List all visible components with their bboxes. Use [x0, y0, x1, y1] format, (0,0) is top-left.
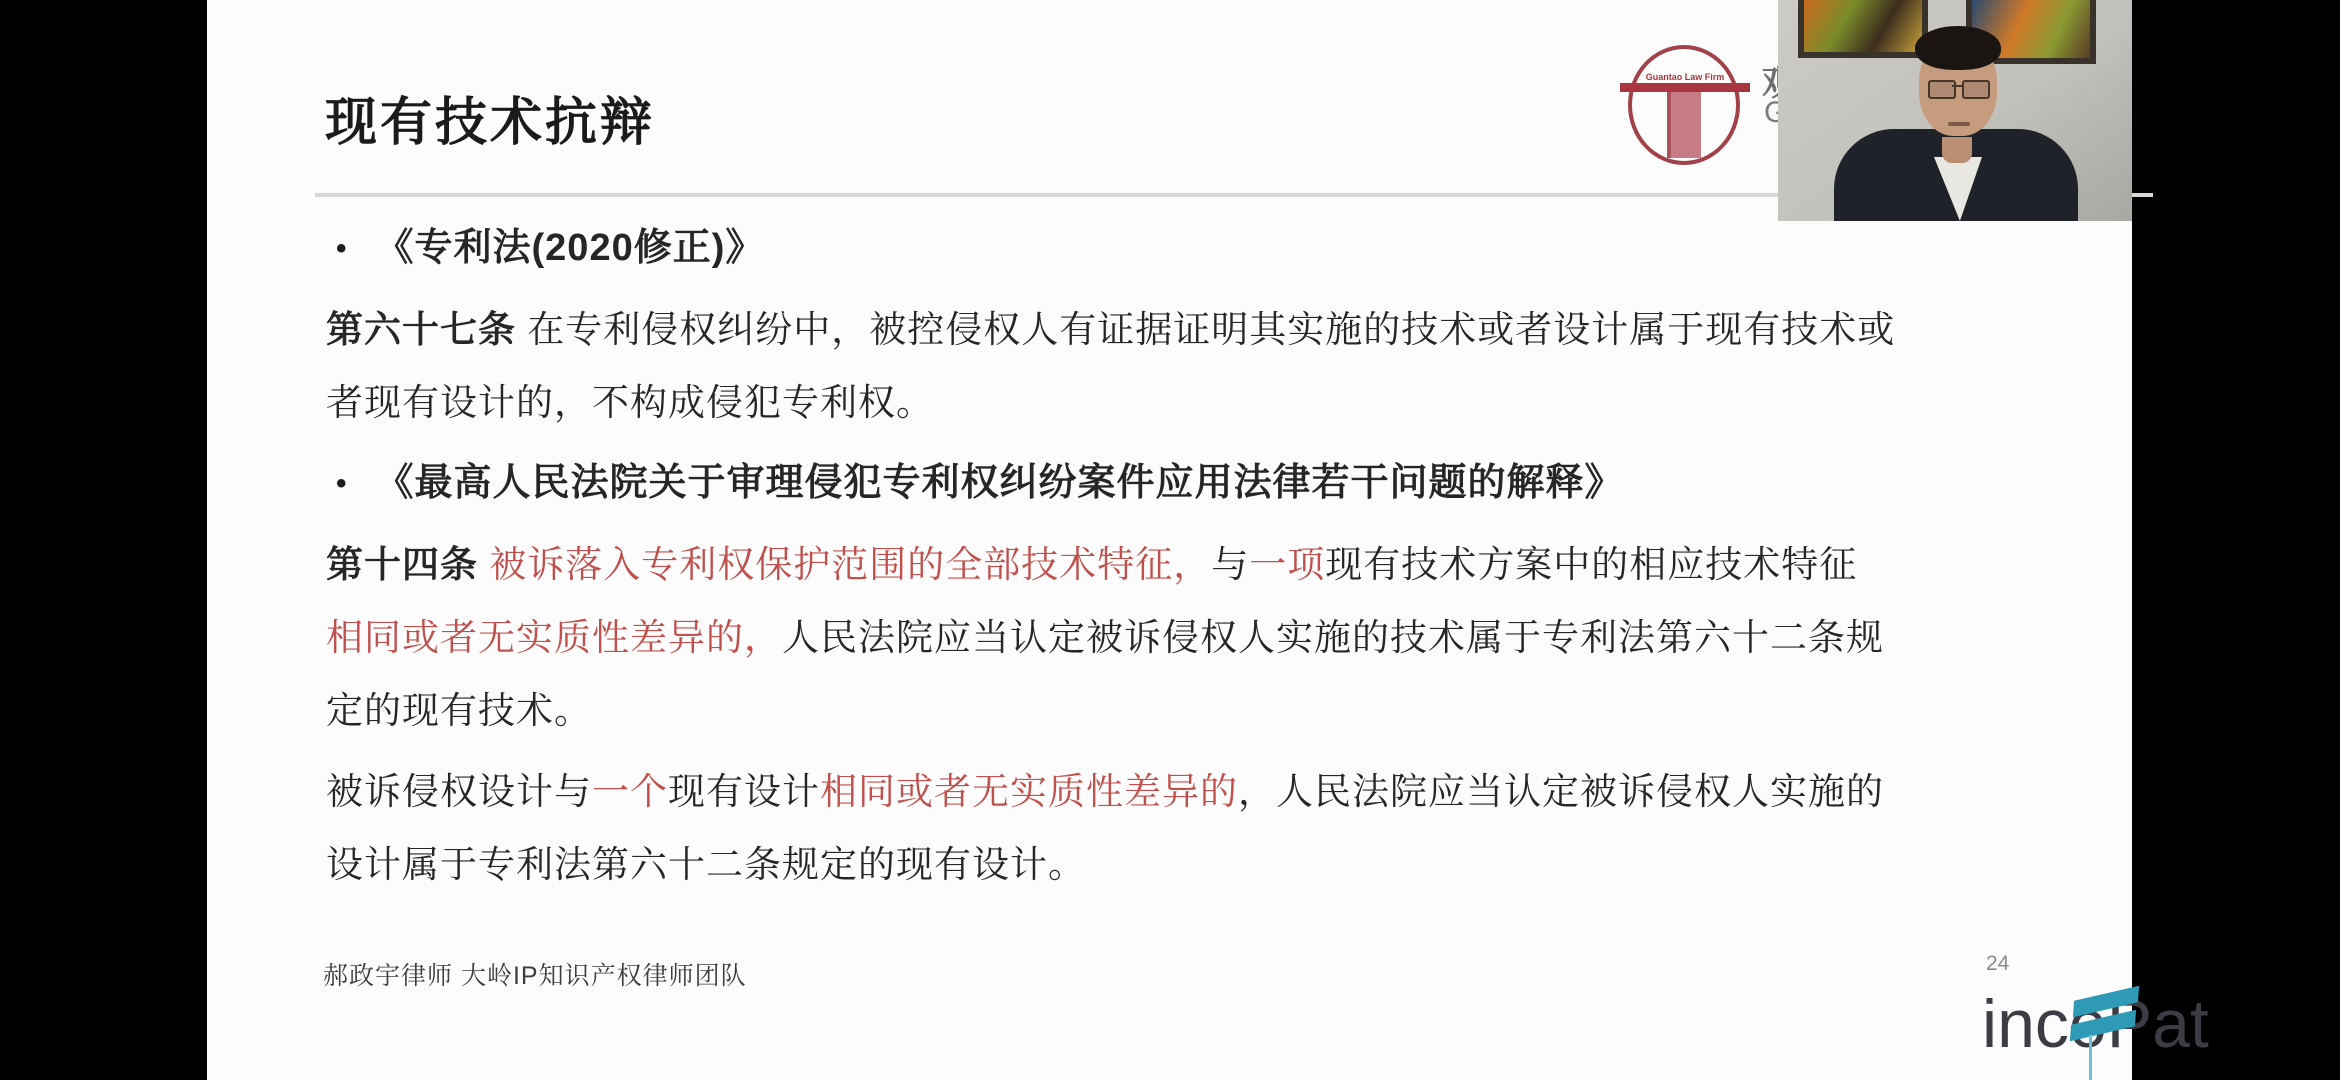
body-line: 设计属于专利法第六十二条规定的现有设计。: [326, 828, 1895, 901]
highlighted-text: 相同或者无实质性差异的，: [326, 617, 782, 658]
bullet-icon: •: [336, 212, 348, 285]
wall-painting-left: [1798, 0, 1928, 58]
guantao-logo-text-en-small: Guantao Law Firm: [1622, 72, 1748, 82]
presenter-glasses: [1928, 80, 1990, 96]
body-line: 被诉侵权设计与一个现有设计相同或者无实质性差异的，人民法院应当认定被诉侵权人实施…: [326, 755, 1895, 828]
incopat-flagpole-icon: [2089, 1035, 2092, 1080]
body-line: 第六十七条 在专利侵权纠纷中，被控侵权人有证据证明其实施的技术或者设计属于现有技…: [326, 293, 1895, 366]
body-text: 者现有设计的，不构成侵犯专利权。: [326, 382, 934, 423]
bullet-line: •《最高人民法院关于审理侵犯专利权纠纷案件应用法律若干问题的解释》: [326, 447, 1895, 520]
highlighted-text: 相同或者无实质性差异的: [820, 771, 1238, 812]
body-text: 现有设计: [668, 771, 820, 812]
presenter-hair: [1915, 26, 2001, 70]
body-text: 第十四条: [326, 544, 489, 585]
bullet-line: •《专利法(2020修正)》: [326, 212, 1895, 285]
guantao-horizontal-bar-icon: [1620, 83, 1750, 92]
body-text: 被诉侵权设计与: [326, 771, 592, 812]
body-text: 现有技术方案中的相应技术特征: [1325, 544, 1857, 585]
body-text: 《专利法(2020修正)》: [376, 227, 765, 269]
page-title: 现有技术抗辩: [325, 80, 655, 155]
incopat-logo: incoPat: [1982, 955, 2132, 1080]
video-frame: { "slide": { "title": "现有技术抗辩", "bullet_…: [0, 0, 2340, 1080]
footer-credit: 郝政宇律师 大岭IP知识产权律师团队: [323, 956, 747, 992]
body-text: 定的现有技术。: [326, 690, 592, 731]
guantao-vertical-bar-icon: [1667, 92, 1701, 158]
highlighted-text: 被诉落入专利权保护范围的全部技术特征，: [489, 544, 1211, 585]
body-text: 在专利侵权纠纷中，被控侵权人有证据证明其实施的技术或者设计属于现有技术或: [527, 309, 1895, 350]
slide-body: •《专利法(2020修正)》第六十七条 在专利侵权纠纷中，被控侵权人有证据证明其…: [326, 212, 1895, 901]
body-line: 定的现有技术。: [326, 674, 1895, 747]
body-text: 人民法院应当认定被诉侵权人实施的技术属于专利法第六十二条规: [782, 617, 1884, 658]
body-text: 《最高人民法院关于审理侵犯专利权纠纷案件应用法律若干问题的解释》: [376, 462, 1624, 504]
presenter-neck: [1942, 137, 1972, 163]
body-text: ，人民法院应当认定被诉侵权人实施的: [1238, 771, 1884, 812]
bullet-icon: •: [336, 447, 348, 520]
body-text: 设计属于专利法第六十二条规定的现有设计。: [326, 844, 1086, 885]
presenter-webcam: [1778, 0, 2132, 221]
body-text: 第六十七条: [326, 309, 527, 350]
presenter-mouth: [1948, 122, 1970, 126]
highlighted-text: 一个: [592, 771, 668, 812]
body-line: 者现有设计的，不构成侵犯专利权。: [326, 366, 1895, 439]
body-line: 相同或者无实质性差异的，人民法院应当认定被诉侵权人实施的技术属于专利法第六十二条…: [326, 601, 1895, 674]
body-text: 与: [1211, 544, 1249, 585]
highlighted-text: 一项: [1249, 544, 1325, 585]
body-line: 第十四条 被诉落入专利权保护范围的全部技术特征，与一项现有技术方案中的相应技术特…: [326, 528, 1895, 601]
